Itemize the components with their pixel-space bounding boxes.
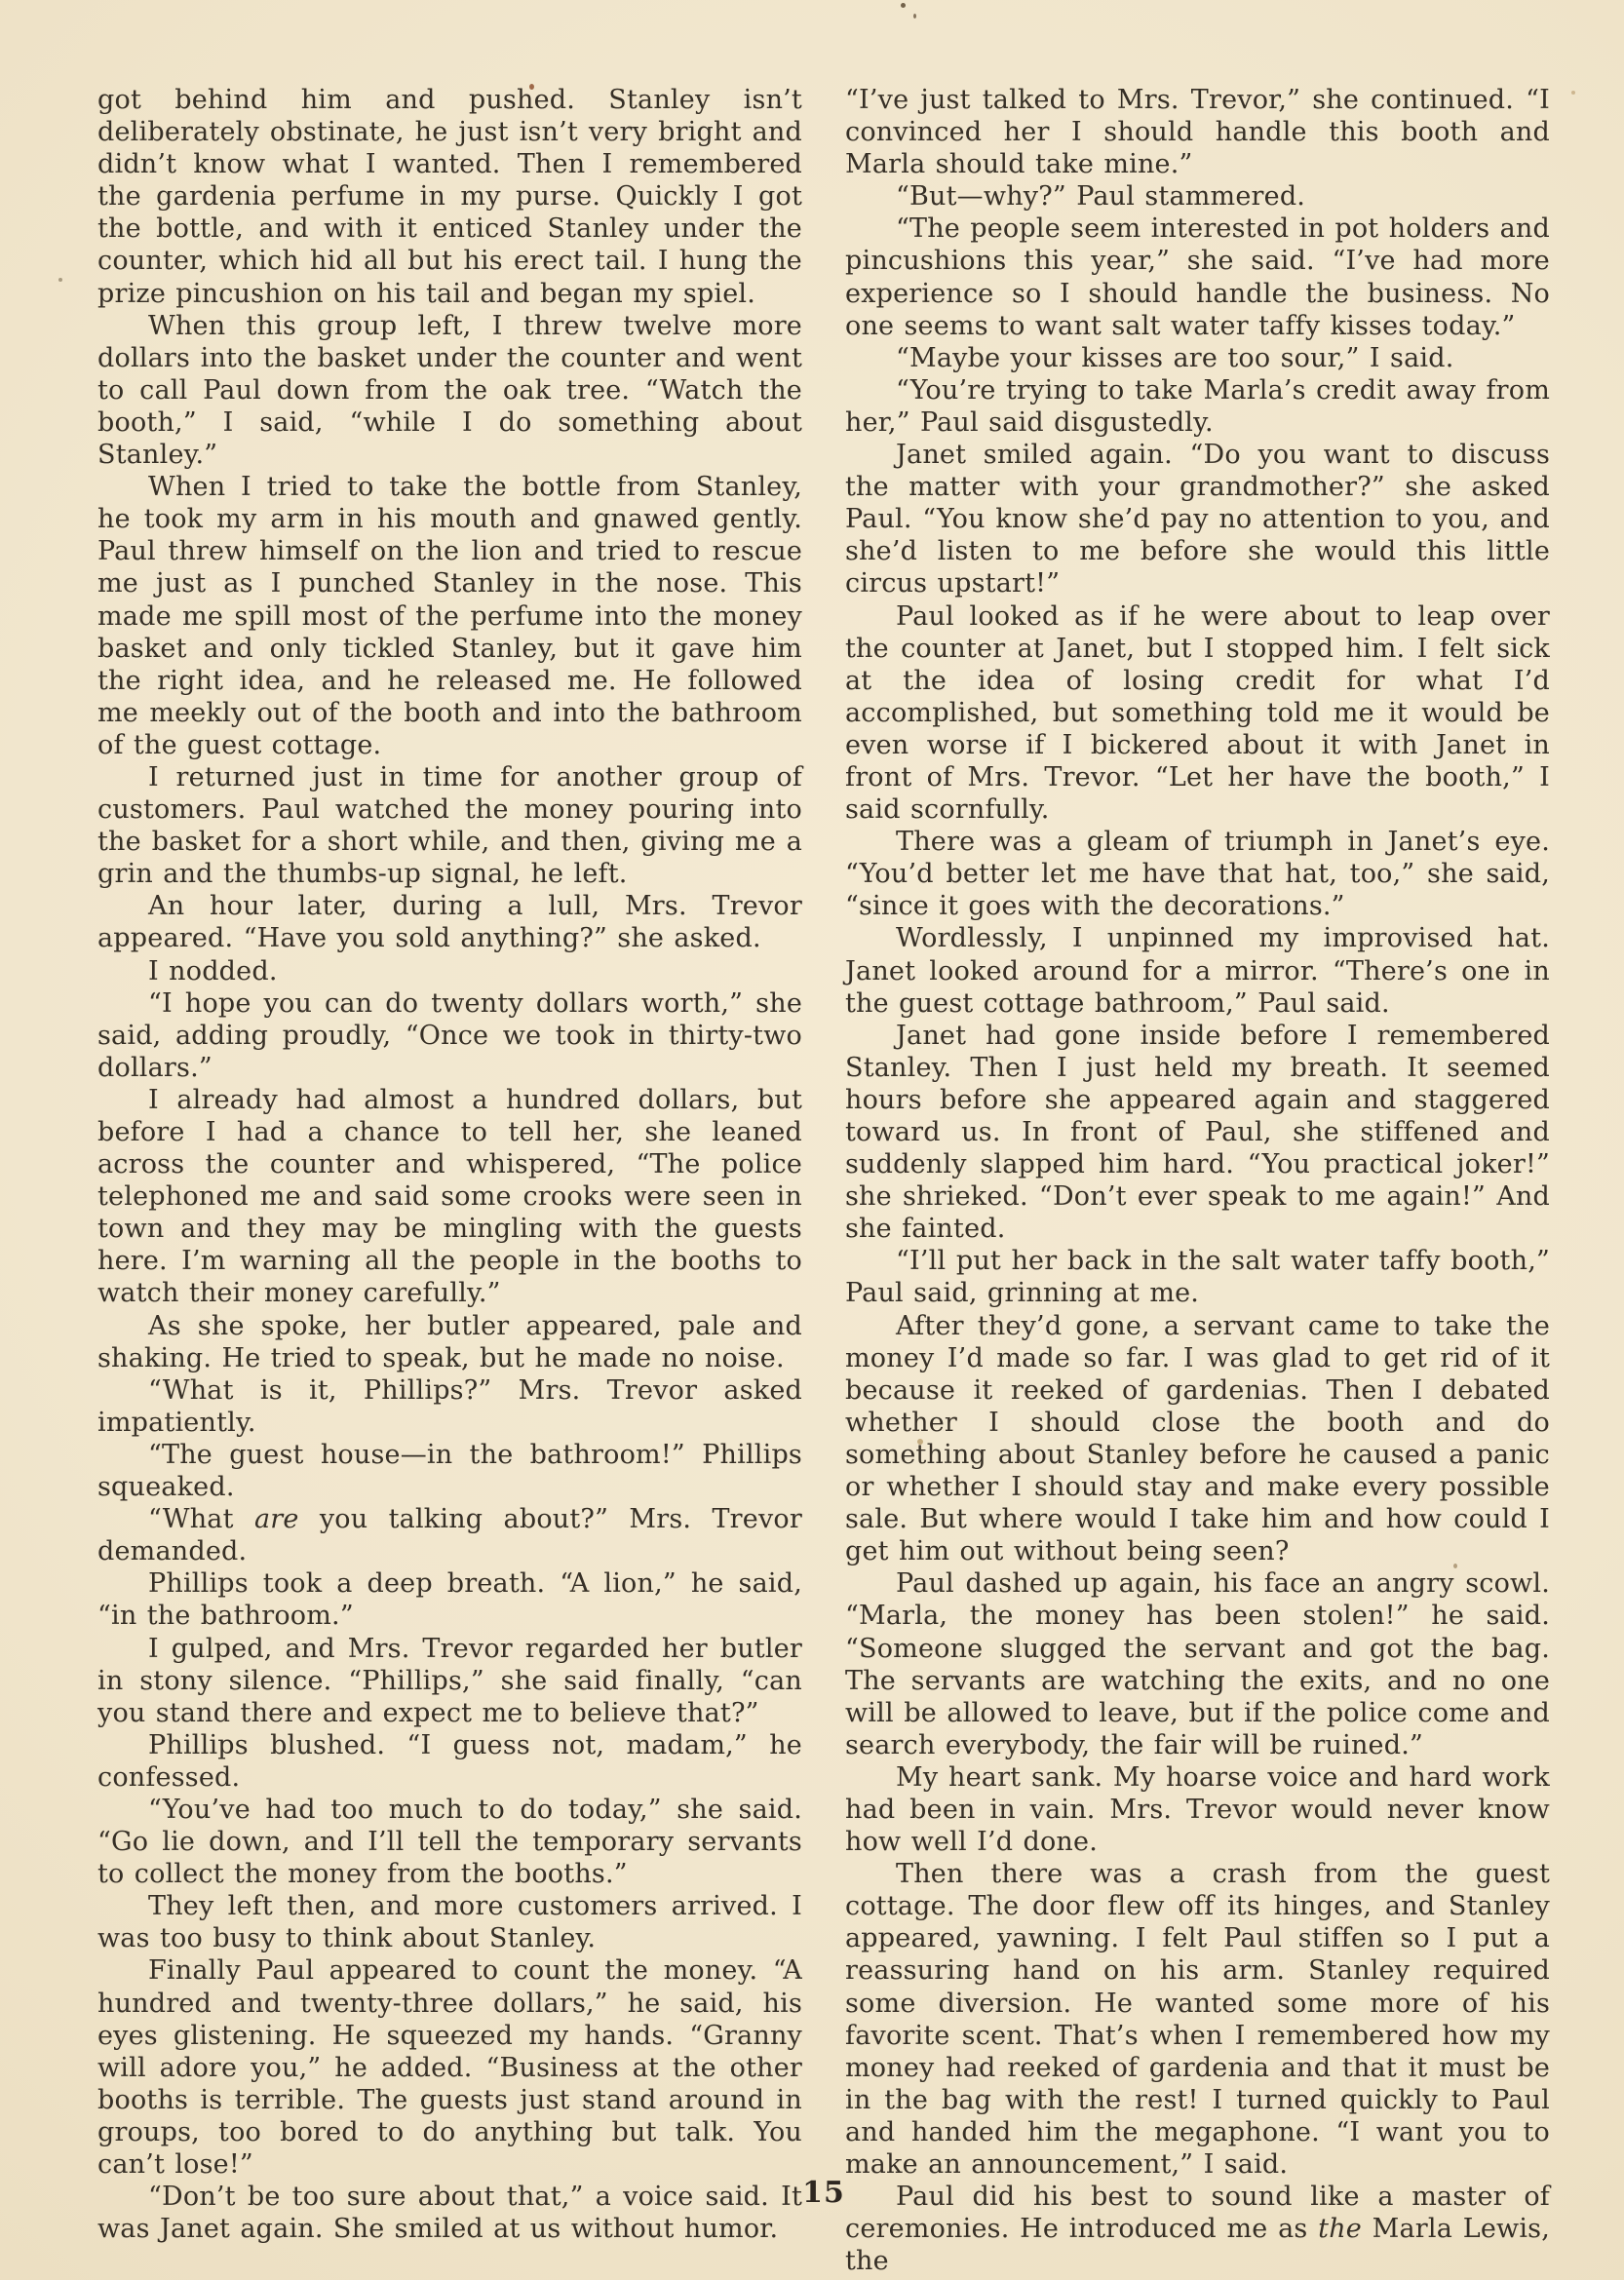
- paragraph: “The people seem interested in pot holde…: [845, 213, 1550, 341]
- paragraph: There was a gleam of triumph in Janet’s …: [845, 826, 1550, 922]
- paragraph: “You’re trying to take Marla’s credit aw…: [845, 374, 1550, 439]
- paragraph: I nodded.: [97, 955, 802, 987]
- paragraph: Janet smiled again. “Do you want to disc…: [845, 439, 1550, 599]
- paragraph: “What are you talking about?” Mrs. Trevo…: [97, 1503, 802, 1567]
- paragraph: They left then, and more customers arriv…: [97, 1890, 802, 1954]
- paragraph: An hour later, during a lull, Mrs. Trevo…: [97, 890, 802, 954]
- paragraph: “I hope you can do twenty dollars worth,…: [97, 987, 802, 1084]
- paper-speck: [58, 278, 62, 282]
- paragraph: “You’ve had too much to do today,” she s…: [97, 1794, 802, 1890]
- paragraph: I gulped, and Mrs. Trevor regarded her b…: [97, 1633, 802, 1729]
- paragraph: Paul looked as if he were about to leap …: [845, 600, 1550, 827]
- paragraph: “The guest house—in the bathroom!” Phill…: [97, 1439, 802, 1503]
- paragraph: I already had almost a hundred dollars, …: [97, 1084, 802, 1310]
- paragraph: Paul dashed up again, his face an angry …: [845, 1567, 1550, 1761]
- paragraph: “But—why?” Paul stammered.: [845, 180, 1550, 213]
- paragraph: Finally Paul appeared to count the money…: [97, 1954, 802, 2181]
- paragraph: “I’ve just talked to Mrs. Trevor,” she c…: [845, 84, 1550, 180]
- book-page: got behind him and pushed. Stanley isn’t…: [0, 0, 1624, 2280]
- paragraph: got behind him and pushed. Stanley isn’t…: [97, 84, 802, 310]
- paragraph: Phillips blushed. “I guess not, madam,” …: [97, 1729, 802, 1794]
- text-columns: got behind him and pushed. Stanley isn’t…: [97, 84, 1550, 2277]
- paragraph: My heart sank. My hoarse voice and hard …: [845, 1761, 1550, 1858]
- paper-speck: [901, 3, 906, 8]
- paper-speck: [913, 14, 916, 19]
- paragraph: I returned just in time for another grou…: [97, 761, 802, 890]
- paragraph: “I’ll put her back in the salt water taf…: [845, 1245, 1550, 1309]
- left-column: got behind him and pushed. Stanley isn’t…: [97, 84, 802, 2277]
- paragraph: “Maybe your kisses are too sour,” I said…: [845, 342, 1550, 374]
- paragraph: When I tried to take the bottle from Sta…: [97, 471, 802, 761]
- paragraph: When this group left, I threw twelve mor…: [97, 310, 802, 471]
- paragraph: Phillips took a deep breath. “A lion,” h…: [97, 1567, 802, 1632]
- paragraph: “What is it, Phillips?” Mrs. Trevor aske…: [97, 1374, 802, 1439]
- paragraph: After they’d gone, a servant came to tak…: [845, 1310, 1550, 1568]
- paragraph: As she spoke, her butler appeared, pale …: [97, 1310, 802, 1374]
- paper-speck: [1571, 91, 1575, 95]
- paragraph: Then there was a crash from the guest co…: [845, 1858, 1550, 2181]
- paragraph: Janet had gone inside before I remembere…: [845, 1020, 1550, 1246]
- right-column: “I’ve just talked to Mrs. Trevor,” she c…: [845, 84, 1550, 2277]
- page-number: 15: [0, 2176, 1624, 2210]
- paragraph: Wordlessly, I unpinned my improvised hat…: [845, 922, 1550, 1019]
